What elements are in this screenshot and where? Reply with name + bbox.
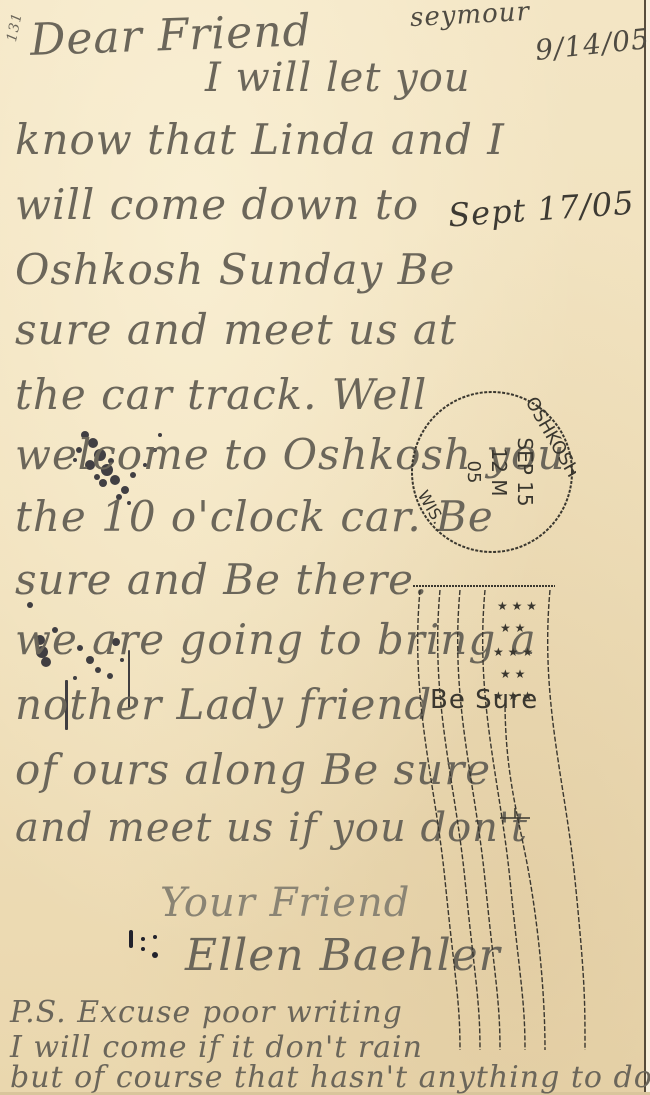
body-line: I will let you: [205, 55, 471, 101]
postmark-circle: SEP 15 12 M 05 OSHKOSH WIS.: [408, 388, 576, 556]
date-note: 9/14/05: [534, 22, 650, 67]
place-note: seymour: [409, 0, 530, 33]
card-edge: [644, 0, 646, 1095]
body-line: sure and Be there.: [15, 555, 428, 604]
body-line: know that Linda and I: [15, 115, 505, 164]
body-line: will come down to: [15, 180, 419, 229]
flag-cancellation: ★ ★ ★ ★ ★ ★ ★ ★ ★ ★ ★ ★ ★: [405, 580, 595, 1050]
ink-marks-signature: [125, 925, 165, 985]
postmark-time: 12 M: [487, 447, 511, 496]
body-line: Oshkosh Sunday Be: [15, 245, 455, 294]
postscript-line: P.S. Excuse poor writing: [10, 995, 403, 1030]
postscript-line: but of course that hasn't anything to do: [10, 1060, 650, 1095]
svg-text:★ ★ ★: ★ ★ ★: [493, 645, 533, 659]
svg-text:★ ★: ★ ★: [500, 667, 525, 681]
postmark-state: WIS.: [414, 487, 448, 527]
body-line: sure and meet us at: [15, 305, 457, 354]
card-edge-highlight: [646, 0, 650, 1095]
postcard: 131 Dear Friend seymour 9/14/05 I will l…: [0, 0, 650, 1095]
body-line: the car track. Well: [15, 370, 427, 419]
received-date-annotation: Sept 17/05: [447, 184, 636, 235]
margin-note: 131: [4, 11, 26, 43]
postmark-year: 05: [463, 461, 484, 484]
svg-text:★ ★ ★: ★ ★ ★: [497, 599, 537, 613]
closing: Your Friend: [160, 880, 410, 926]
body-line: nother Lady friend: [15, 680, 432, 729]
cancellation-slogan: Be Sure: [430, 685, 538, 715]
svg-text:★ ★: ★ ★: [500, 621, 525, 635]
postmark-month-day: SEP 15: [513, 437, 537, 506]
